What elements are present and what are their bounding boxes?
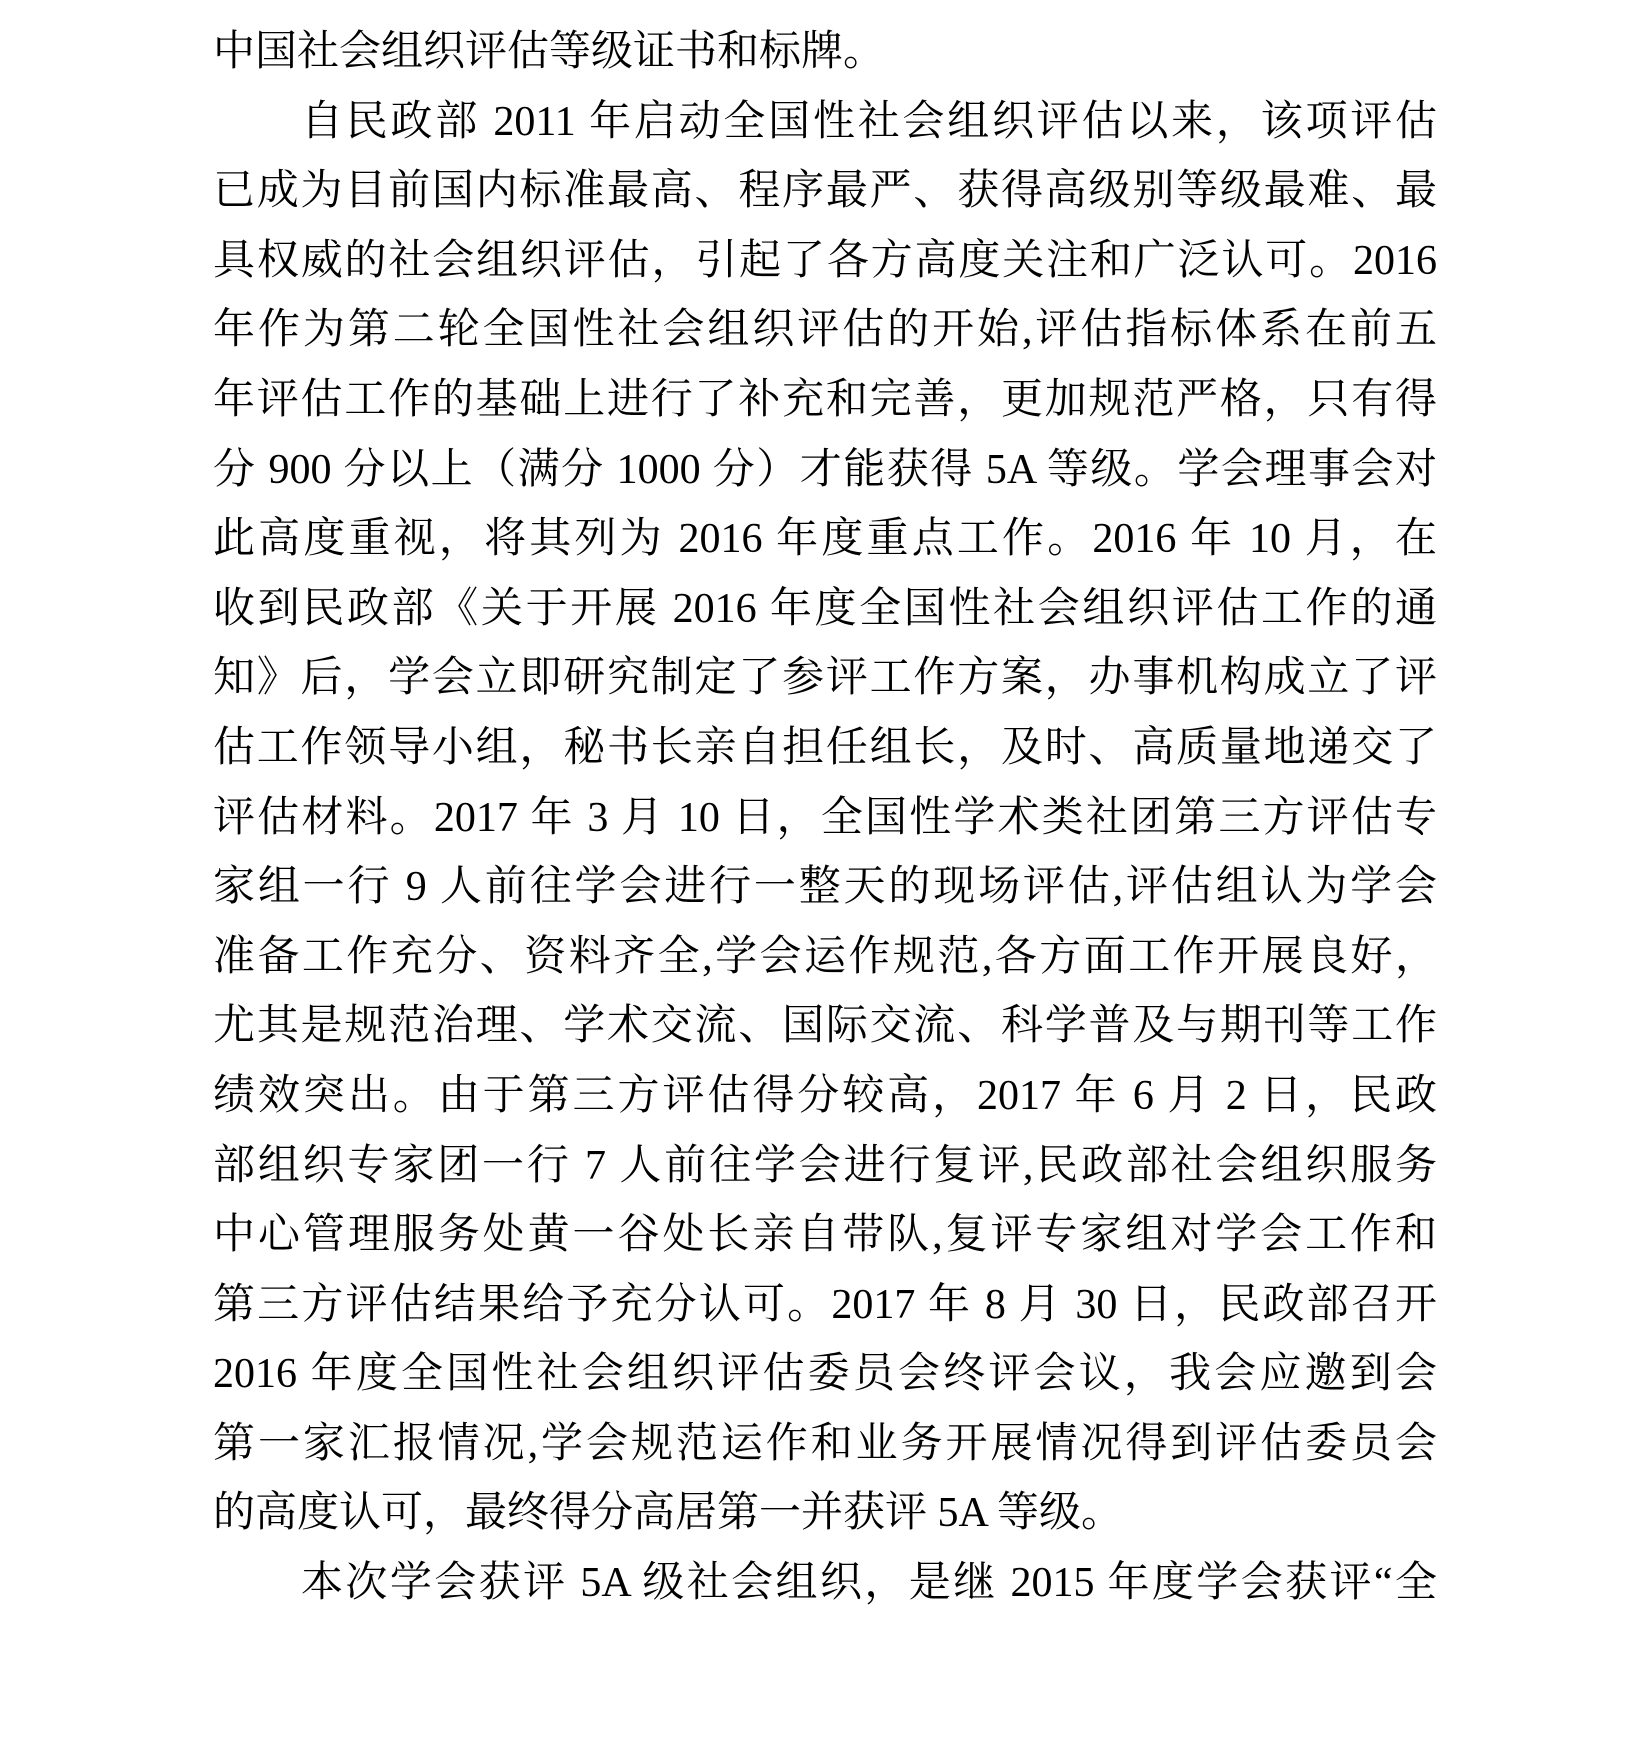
document-page: 中国社会组织评估等级证书和标牌。 自民政部 2011 年启动全国性社会组织评估以… bbox=[0, 0, 1643, 1749]
text-line: 2016 年度全国性社会组织评估委员会终评会议，我会应邀到会 bbox=[213, 1340, 1437, 1410]
text-line: 评估材料。2017 年 3 月 10 日，全国性学术类社团第三方评估专 bbox=[213, 784, 1437, 854]
text-line: 分 900 分以上（满分 1000 分）才能获得 5A 等级。学会理事会对 bbox=[213, 436, 1437, 506]
text-line: 收到民政部《关于开展 2016 年度全国性社会组织评估工作的通 bbox=[213, 575, 1437, 645]
text-line: 此高度重视，将其列为 2016 年度重点工作。2016 年 10 月，在 bbox=[213, 505, 1437, 575]
text-line: 中心管理服务处黄一谷处长亲自带队,复评专家组对学会工作和 bbox=[213, 1201, 1437, 1271]
text-line: 第三方评估结果给予充分认可。2017 年 8 月 30 日，民政部召开 bbox=[213, 1271, 1437, 1341]
text-line: 准备工作充分、资料齐全,学会运作规范,各方面工作开展良好， bbox=[213, 923, 1437, 993]
text-line: 部组织专家团一行 7 人前往学会进行复评,民政部社会组织服务 bbox=[213, 1132, 1437, 1202]
text-line: 估工作领导小组，秘书长亲自担任组长，及时、高质量地递交了 bbox=[213, 714, 1437, 784]
text-line: 家组一行 9 人前往学会进行一整天的现场评估,评估组认为学会 bbox=[213, 853, 1437, 923]
text-line: 具权威的社会组织评估，引起了各方高度关注和广泛认可。2016 bbox=[213, 227, 1437, 297]
text-line: 第一家汇报情况,学会规范运作和业务开展情况得到评估委员会 bbox=[213, 1410, 1437, 1480]
text-line: 已成为目前国内标准最高、程序最严、获得高级别等级最难、最 bbox=[213, 157, 1437, 227]
text-line: 知》后，学会立即研究制定了参评工作方案，办事机构成立了评 bbox=[213, 644, 1437, 714]
text-line: 尤其是规范治理、学术交流、国际交流、科学普及与期刊等工作 bbox=[213, 992, 1437, 1062]
text-line: 绩效突出。由于第三方评估得分较高，2017 年 6 月 2 日，民政 bbox=[213, 1062, 1437, 1132]
text-line: 中国社会组织评估等级证书和标牌。 bbox=[213, 18, 1437, 88]
text-line: 本次学会获评 5A 级社会组织，是继 2015 年度学会获评“全 bbox=[213, 1549, 1437, 1619]
text-line: 的高度认可，最终得分高居第一并获评 5A 等级。 bbox=[213, 1479, 1437, 1549]
text-line: 自民政部 2011 年启动全国性社会组织评估以来，该项评估 bbox=[213, 88, 1437, 158]
text-block: 中国社会组织评估等级证书和标牌。 自民政部 2011 年启动全国性社会组织评估以… bbox=[213, 18, 1437, 1619]
text-line: 年作为第二轮全国性社会组织评估的开始,评估指标体系在前五 bbox=[213, 296, 1437, 366]
text-line: 年评估工作的基础上进行了补充和完善，更加规范严格，只有得 bbox=[213, 366, 1437, 436]
